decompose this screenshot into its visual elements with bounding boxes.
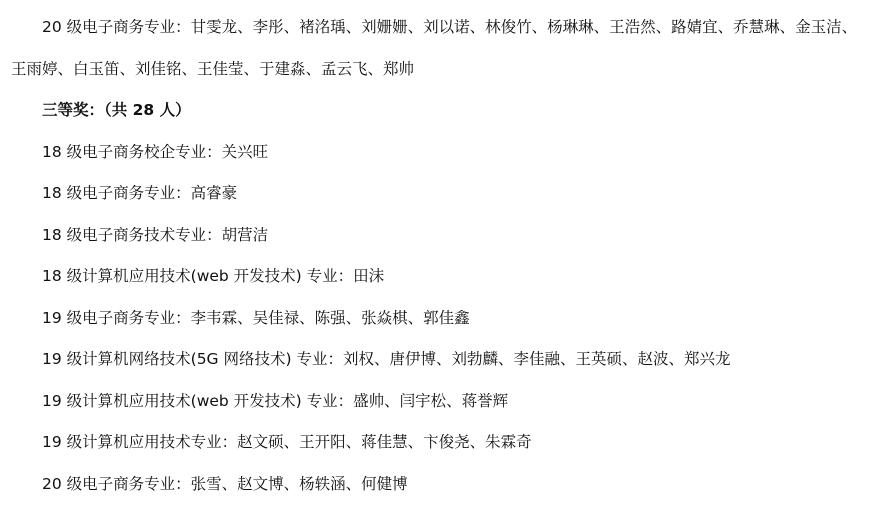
award-list-entry-continuation: 王雨婷、白玉笛、刘佳铭、王佳莹、于建淼、孟云飞、郑帅 [11, 59, 414, 79]
award-list-entry: 18 级电子商务专业：高睿豪 [42, 183, 237, 203]
award-list-entry: 18 级电子商务校企专业：关兴旺 [42, 142, 268, 162]
award-list-entry: 20 级电子商务专业：甘雯龙、李彤、褚洺瑀、刘姗姗、刘以诺、林俊竹、杨琳琳、王浩… [42, 17, 857, 37]
award-list-entry: 19 级计算机网络技术(5G 网络技术) 专业：刘权、唐伊博、刘勃麟、李佳融、王… [42, 349, 730, 369]
award-list-entry: 19 级电子商务专业：李韦霖、吴佳禄、陈强、张焱棋、郭佳鑫 [42, 308, 470, 328]
award-list-entry: 18 级计算机应用技术(web 开发技术) 专业：田沫 [42, 266, 384, 286]
award-list-entry: 20 级电子商务专业：张雪、赵文博、杨轶涵、何健博 [42, 474, 408, 494]
section-heading-third-prize: 三等奖：（共 28 人） [42, 100, 191, 120]
award-list-entry: 18 级电子商务技术专业：胡营洁 [42, 225, 268, 245]
award-list-entry: 19 级计算机应用技术专业：赵文硕、王开阳、蒋佳慧、卞俊尧、朱霖奇 [42, 432, 532, 452]
award-list-entry: 19 级计算机应用技术(web 开发技术) 专业：盛帅、闫宇松、蒋誉辉 [42, 391, 508, 411]
